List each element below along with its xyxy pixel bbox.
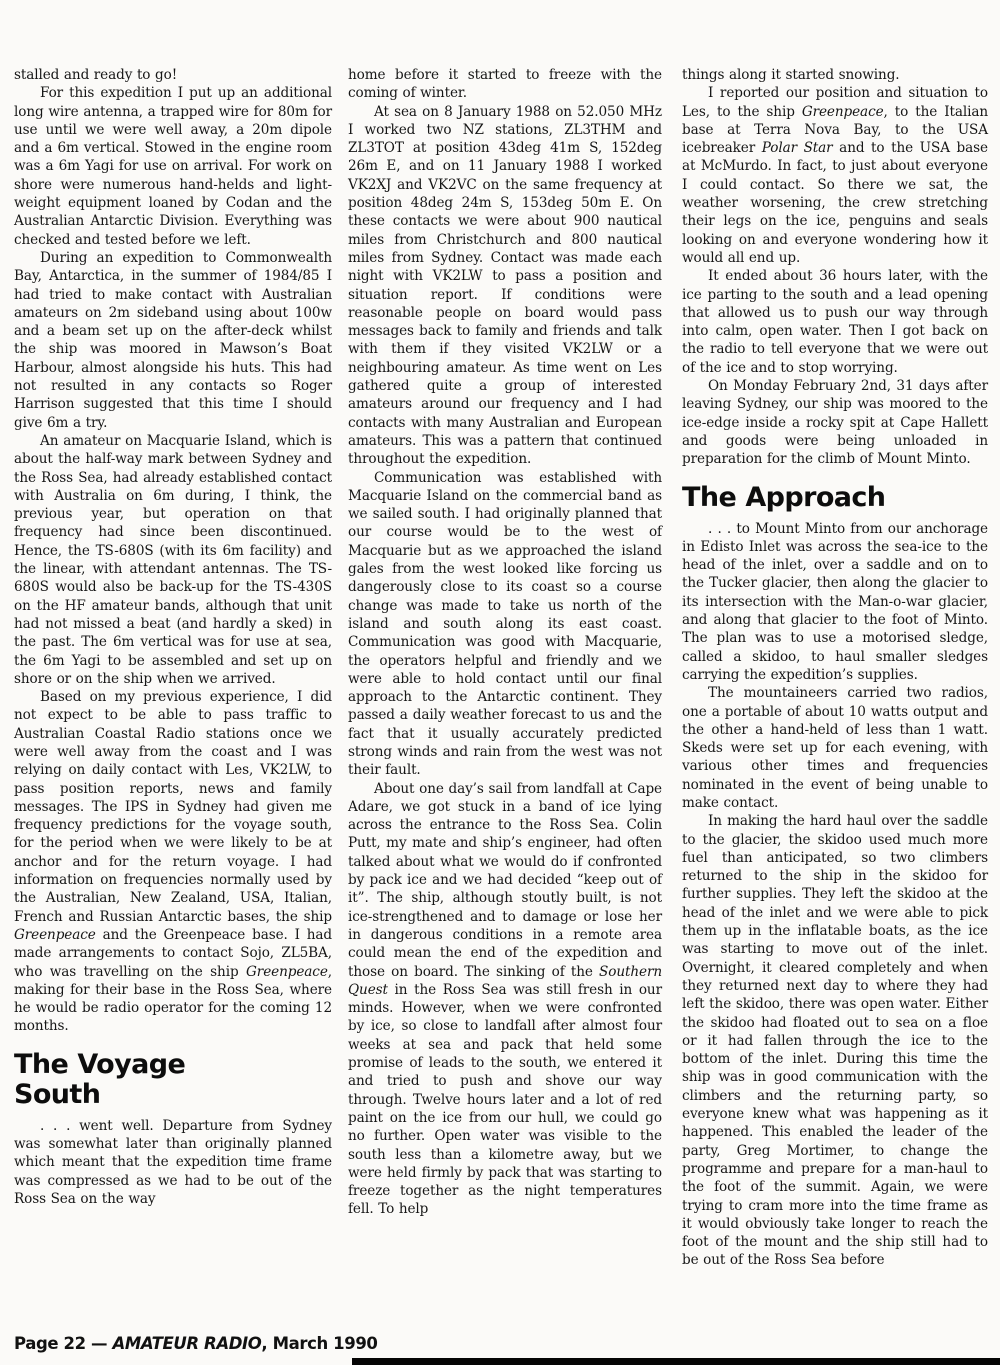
paragraph: . . . went well. Departure from Sydney w…	[14, 1117, 332, 1208]
paragraph: stalled and ready to go!	[14, 66, 332, 84]
italic-text-run: Greenpeace	[802, 104, 884, 120]
footer-issue-date: , March 1990	[261, 1334, 377, 1353]
section-heading: The Approach	[682, 483, 988, 513]
text-run: The mountaineers carried two radios, one…	[682, 685, 988, 811]
magazine-page: stalled and ready to go!For this expedit…	[0, 0, 1000, 1365]
paragraph: In making the hard haul over the saddle …	[682, 812, 988, 1269]
column-3: things along it started snowing.I report…	[682, 66, 988, 1270]
footer-page-label: Page 22 —	[14, 1334, 112, 1353]
page-footer: Page 22 — AMATEUR RADIO, March 1990	[14, 1334, 378, 1353]
paragraph: . . . to Mount Minto from our anchorage …	[682, 520, 988, 685]
text-run: things along it started snowing.	[682, 67, 900, 83]
paragraph: I reported our position and situation to…	[682, 84, 988, 267]
section-heading-line: The Voyage	[14, 1050, 332, 1080]
paragraph: At sea on 8 January 1988 on 52.050 MHz I…	[348, 103, 662, 469]
text-run: About one day’s sail from landfall at Ca…	[348, 781, 662, 980]
text-run: An amateur on Macquarie Island, which is…	[14, 433, 332, 687]
column-1: stalled and ready to go!For this expedit…	[14, 66, 332, 1208]
text-run: For this expedition I put up an addition…	[14, 85, 332, 247]
paragraph: It ended about 36 hours later, with the …	[682, 267, 988, 377]
column-2: home before it started to freeze with th…	[348, 66, 662, 1219]
text-run: and to the USA base at McMurdo. In fact,…	[682, 140, 988, 266]
text-run: home before it started to freeze with th…	[348, 67, 662, 101]
text-run: . . . to Mount Minto from our anchorage …	[682, 521, 988, 683]
text-run: It ended about 36 hours later, with the …	[682, 268, 988, 375]
text-run: During an expedition to Commonwealth Bay…	[14, 250, 332, 431]
text-run: On Monday February 2nd, 31 days after le…	[682, 378, 988, 467]
italic-text-run: Polar Star	[762, 140, 833, 156]
text-run: At sea on 8 January 1988 on 52.050 MHz I…	[348, 104, 662, 468]
paragraph: The mountaineers carried two radios, one…	[682, 684, 988, 812]
paragraph: For this expedition I put up an addition…	[14, 84, 332, 249]
paragraph: things along it started snowing.	[682, 66, 988, 84]
section-heading-line: The Approach	[682, 483, 988, 513]
italic-text-run: Greenpeace	[246, 964, 328, 980]
text-run: Based on my previous experience, I did n…	[14, 689, 332, 925]
italic-text-run: Greenpeace	[14, 927, 96, 943]
section-heading-line: South	[14, 1080, 332, 1110]
text-run: in the Ross Sea was still fresh in our m…	[348, 982, 662, 1218]
scan-edge-artifact	[352, 1358, 1000, 1365]
paragraph: On Monday February 2nd, 31 days after le…	[682, 377, 988, 468]
text-run: . . . went well. Departure from Sydney w…	[14, 1118, 332, 1207]
section-heading: The VoyageSouth	[14, 1050, 332, 1110]
text-run: Communication was established with Macqu…	[348, 470, 662, 779]
paragraph: During an expedition to Commonwealth Bay…	[14, 249, 332, 432]
paragraph: An amateur on Macquarie Island, which is…	[14, 432, 332, 688]
text-run: stalled and ready to go!	[14, 67, 177, 83]
paragraph: home before it started to freeze with th…	[348, 66, 662, 103]
text-run: In making the hard haul over the saddle …	[682, 813, 988, 1268]
paragraph: Communication was established with Macqu…	[348, 469, 662, 780]
paragraph: Based on my previous experience, I did n…	[14, 688, 332, 1036]
footer-magazine-title: AMATEUR RADIO	[112, 1334, 261, 1353]
paragraph: About one day’s sail from landfall at Ca…	[348, 780, 662, 1219]
